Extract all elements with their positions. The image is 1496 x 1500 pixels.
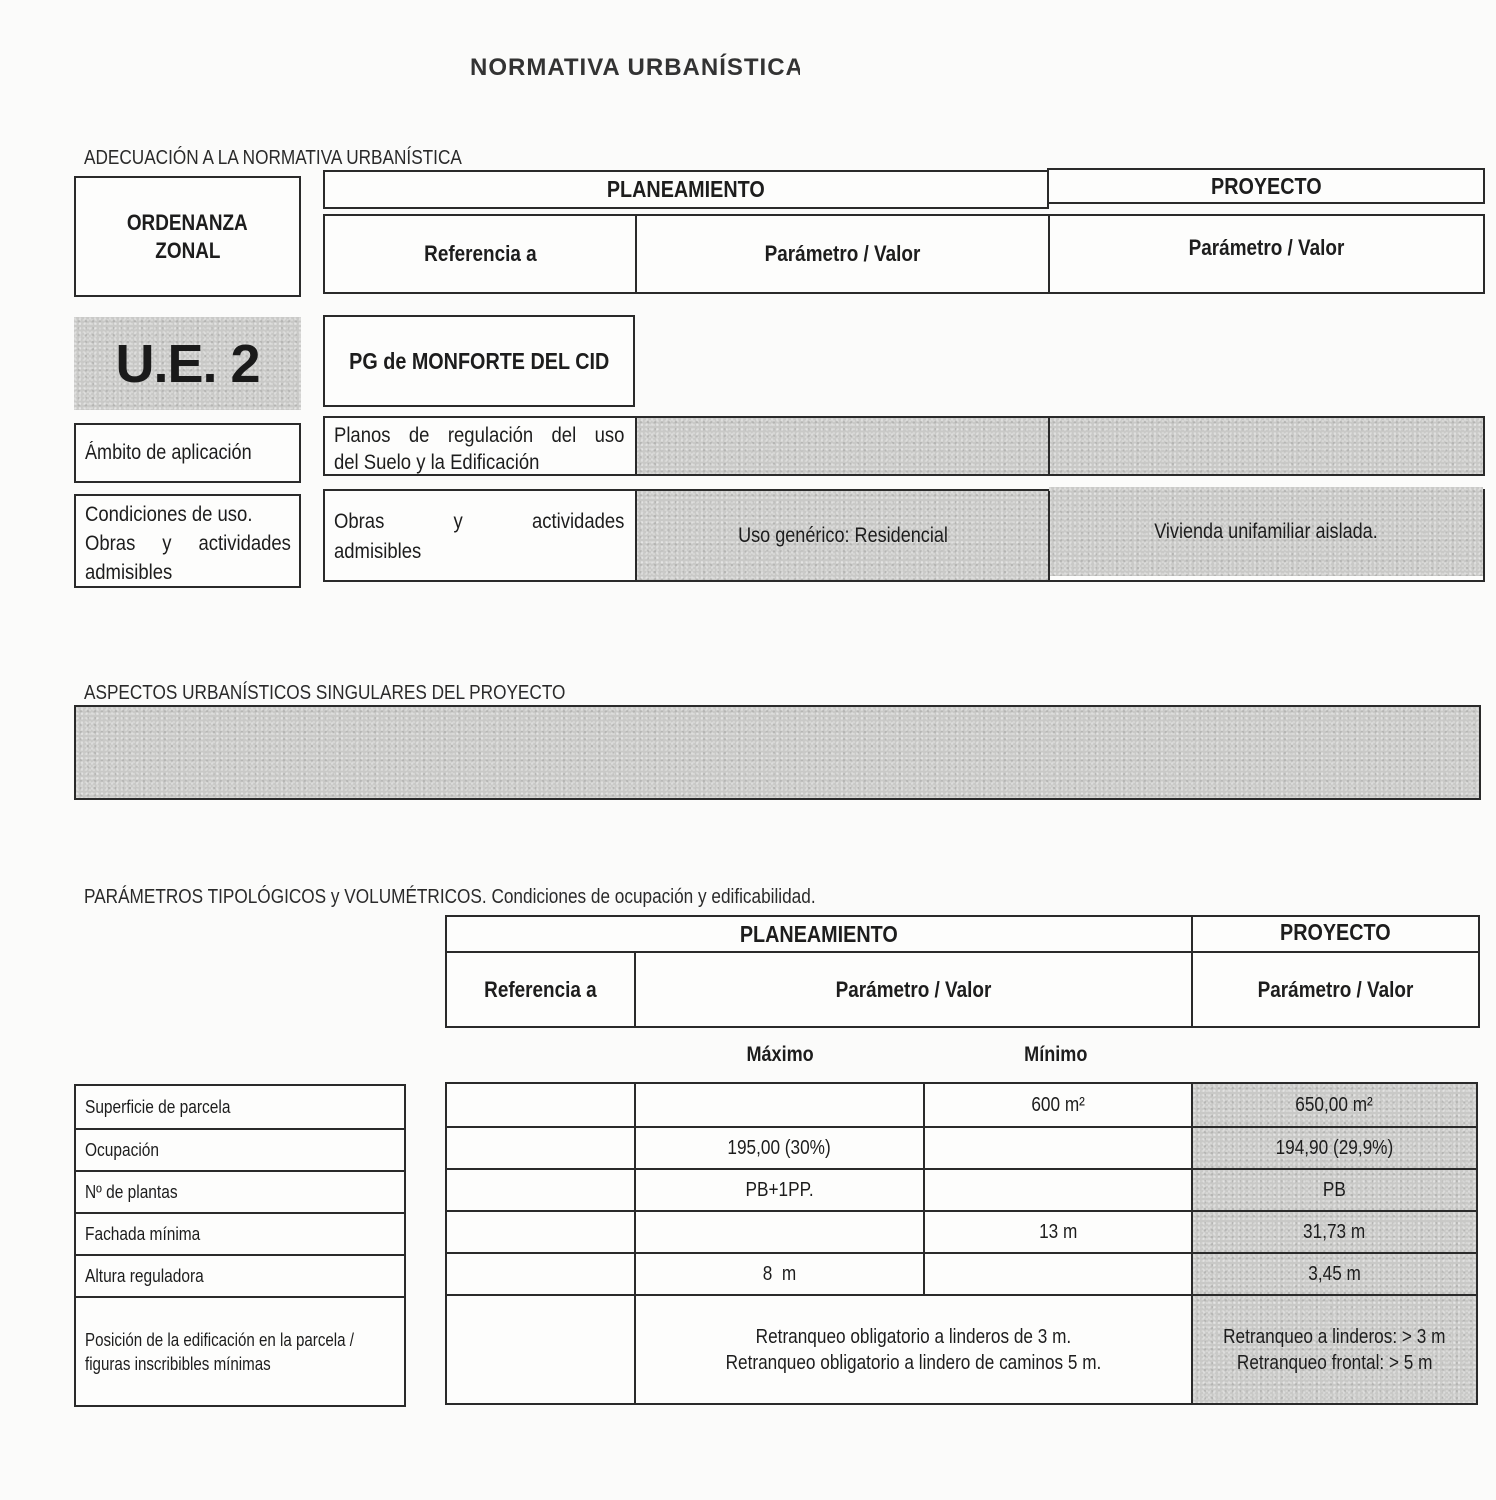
aspectos-singulares-field (74, 705, 1481, 800)
param-maximo-cell: PB+1PP. (634, 1168, 923, 1210)
col-referencia-header: Referencia a (325, 216, 635, 292)
param-minimo-cell (923, 1126, 1191, 1168)
col-parametro-plan-header: Parámetro / Valor (637, 216, 1048, 292)
proyecto-header: PROYECTO (1047, 168, 1485, 204)
parametros-planeamiento-header: PLANEAMIENTO (447, 917, 1191, 951)
label-condiciones-uso: Condiciones de uso. Obras y actividades … (74, 494, 301, 588)
row-condiciones-uso: Obras y actividades admisibles Uso genér… (323, 489, 1485, 582)
posicion-planeamiento-cell: Retranqueo obligatorio a linderos de 3 m… (634, 1294, 1191, 1403)
ordenanza-zonal-header: ORDENANZA ZONAL (74, 176, 301, 297)
param-label: Nº de plantas (85, 1182, 178, 1203)
param-label-row: Ocupación (76, 1128, 404, 1170)
param-minimo-cell (923, 1168, 1191, 1210)
parametros-values-table: 600 m²650,00 m²195,00 (30%)194,90 (29,9%… (445, 1082, 1478, 1405)
param-maximo-cell: 8 m (634, 1252, 923, 1294)
ambito-referencia: Planos de regulación del uso del Suelo y… (325, 418, 636, 474)
sub-header-minimo: Mínimo (956, 1040, 1156, 1070)
param-label: Altura reguladora (85, 1266, 204, 1287)
parametros-header-table: PLANEAMIENTO PROYECTO Referencia a Parám… (445, 915, 1480, 1028)
param-proyecto-cell: 650,00 m² (1191, 1084, 1476, 1126)
param-referencia-cell (447, 1084, 634, 1126)
param-proyecto-cell: 31,73 m (1191, 1210, 1476, 1252)
param-maximo-cell (634, 1084, 923, 1126)
ambito-proyecto-valor (1049, 418, 1483, 474)
parametros-col-param-plan: Parámetro / Valor (636, 953, 1191, 1026)
ambito-planeamiento-valor (636, 418, 1049, 474)
param-label: Superficie de parcela (85, 1097, 230, 1118)
param-referencia-cell (447, 1252, 634, 1294)
parametros-labels-table: Superficie de parcelaOcupaciónNº de plan… (74, 1084, 406, 1407)
col-parametro-proy-header: Parámetro / Valor (1050, 210, 1483, 286)
param-referencia-cell (447, 1168, 634, 1210)
parametros-proyecto-header: PROYECTO (1193, 915, 1478, 949)
section-title-aspectos: ASPECTOS URBANÍSTICOS SINGULARES DEL PRO… (84, 682, 644, 705)
param-referencia-cell (447, 1210, 634, 1252)
row-ambito: Planos de regulación del uso del Suelo y… (323, 416, 1485, 476)
param-label-posicion: Posición de la edificación en la parcela… (76, 1296, 404, 1405)
param-maximo-cell (634, 1210, 923, 1252)
section-title-adecuacion: ADECUACIÓN A LA NORMATIVA URBANÍSTICA (84, 147, 523, 170)
condiciones-referencia: Obras y actividades admisibles (325, 491, 636, 580)
posicion-proyecto-cell: Retranqueo a linderos: > 3 mRetranqueo f… (1191, 1294, 1476, 1403)
param-maximo-cell: 195,00 (30%) (634, 1126, 923, 1168)
parametros-col-param-proy: Parámetro / Valor (1193, 953, 1478, 1026)
param-minimo-cell: 600 m² (923, 1084, 1191, 1126)
planeamiento-header: PLANEAMIENTO (323, 170, 1049, 209)
param-minimo-cell: 13 m (923, 1210, 1191, 1252)
label-ambito: Ámbito de aplicación (74, 423, 301, 483)
zone-code-badge: U.E. 2 (74, 317, 301, 410)
param-label: Ocupación (85, 1140, 159, 1161)
param-label: Fachada mínima (85, 1224, 200, 1245)
param-proyecto-cell: PB (1191, 1168, 1476, 1210)
top-heading-fragment: NORMATIVA URBANÍSTICA. (470, 50, 800, 76)
section-title-parametros: PARÁMETROS TIPOLÓGICOS y VOLUMÉTRICOS. C… (84, 886, 935, 909)
param-label-row: Fachada mínima (76, 1212, 404, 1254)
posicion-referencia-cell (447, 1294, 634, 1403)
condiciones-planeamiento-valor: Uso genérico: Residencial (636, 491, 1049, 580)
condiciones-proyecto-valor: Vivienda unifamiliar aislada. (1049, 487, 1483, 576)
param-referencia-cell (447, 1126, 634, 1168)
sub-header-maximo: Máximo (680, 1040, 880, 1070)
param-proyecto-cell: 3,45 m (1191, 1252, 1476, 1294)
param-label-row: Altura reguladora (76, 1254, 404, 1296)
param-label-row: Superficie de parcela (76, 1086, 404, 1128)
plan-source-box: PG de MONFORTE DEL CID (323, 315, 635, 407)
parametros-col-referencia: Referencia a (447, 953, 634, 1026)
column-headers-row: Referencia a Parámetro / Valor Parámetro… (323, 214, 1485, 294)
param-label-row: Nº de plantas (76, 1170, 404, 1212)
param-proyecto-cell: 194,90 (29,9%) (1191, 1126, 1476, 1168)
param-minimo-cell (923, 1252, 1191, 1294)
